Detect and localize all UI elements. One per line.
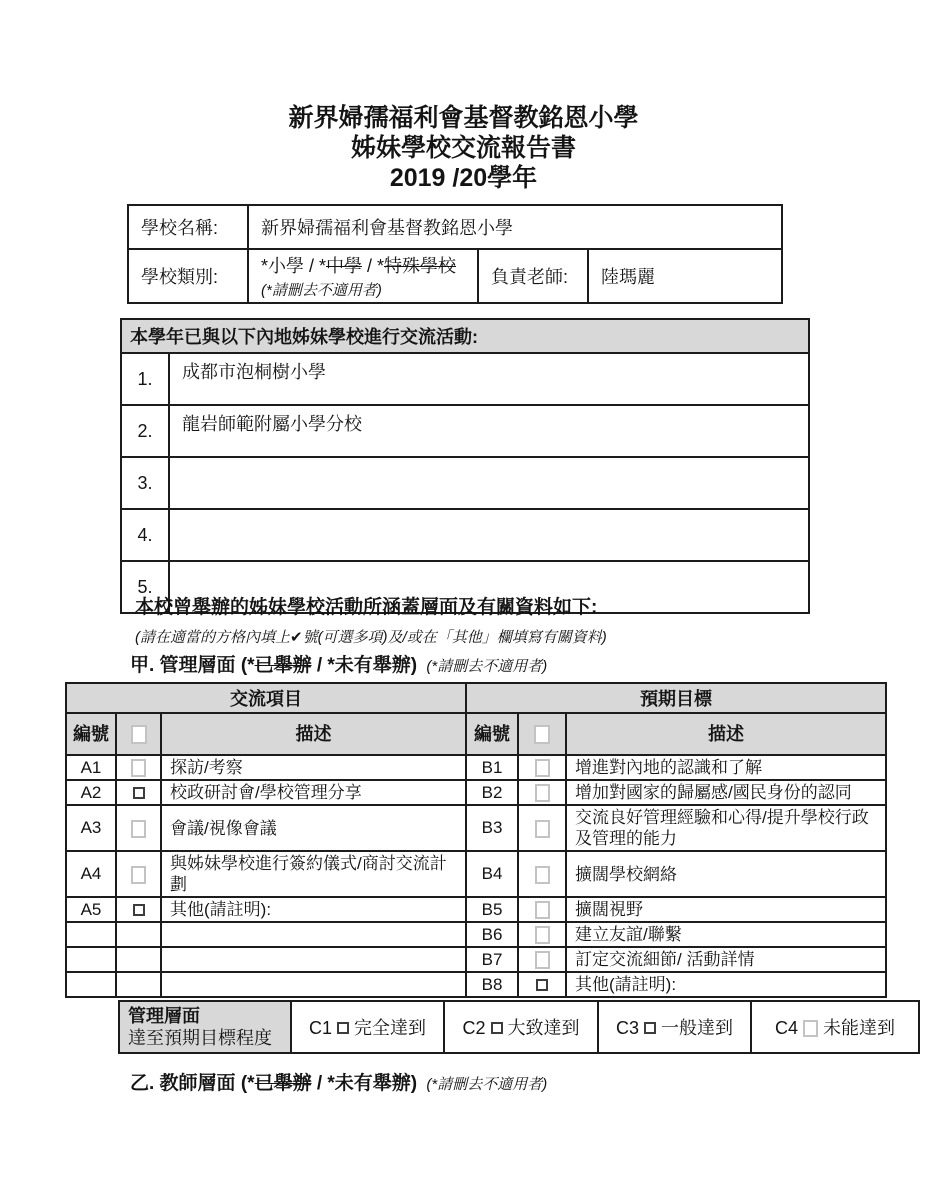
checkbox-b3-icon <box>535 820 550 838</box>
section-a-heading: 甲. 管理層面 (*已舉辦 / *未有舉辦) (*請刪去不適用者) <box>130 650 547 677</box>
document-title: 新界婦孺福利會基督教銘恩小學 姊妹學校交流報告書 2019 /20學年 <box>0 103 927 193</box>
struck-special-school: 特殊學校 <box>384 256 456 276</box>
section-b-note: (*請刪去不適用者) <box>426 1076 547 1093</box>
school-name-value: 新界婦孺福利會基督教銘恩小學 <box>248 205 782 249</box>
checkbox-b6-icon <box>535 926 550 944</box>
checkbox-a5-icon <box>133 904 145 916</box>
col-header-desc: 描述 <box>566 713 886 755</box>
intro-block: 本校曾舉辦的姊妹學校活動所涵蓋層面及有關資料如下: (請在適當的方格內填上✔號(… <box>135 592 607 647</box>
header-exchange-items: 交流項目 <box>66 683 466 713</box>
checkbox-c3-icon <box>644 1022 656 1034</box>
school-type-value: *小學 / *中學 / *特殊學校 (*請刪去不適用者) <box>248 249 478 303</box>
checkbox-c4-icon <box>803 1020 818 1037</box>
school-type-label: 學校類別: <box>128 249 248 303</box>
option-c1: C1完全達到 <box>291 1001 444 1053</box>
checkbox-a3-icon <box>131 820 146 838</box>
achievement-level-table: 管理層面 達至預期目標程度 C1完全達到 C2大致達到 C3一般達到 C4未能達… <box>118 1000 920 1054</box>
partner-school-name: 成都市泡桐樹小學 <box>169 353 809 405</box>
option-c3: C3一般達到 <box>598 1001 751 1053</box>
option-c2: C2大致達到 <box>444 1001 598 1053</box>
title-school-name: 新界婦孺福利會基督教銘恩小學 <box>0 103 927 133</box>
intro-statement: 本校曾舉辦的姊妹學校活動所涵蓋層面及有關資料如下: <box>135 592 607 619</box>
checkbox-a2-icon <box>133 787 145 799</box>
col-header-code: 編號 <box>466 713 518 755</box>
table-row: A2 校政研討會/學校管理分享 B2 增加對國家的歸屬感/國民身份的認同 <box>66 780 886 805</box>
struck-held-option: 已舉辦 <box>255 655 312 676</box>
intro-instruction: (請在適當的方格內填上✔號(可選多項)及/或在「其他」欄填寫有關資料) <box>135 626 607 647</box>
checkbox-a4-icon <box>131 866 146 884</box>
struck-held-option: 已舉辦 <box>255 1073 312 1094</box>
report-form-page: 新界婦孺福利會基督教銘恩小學 姊妹學校交流報告書 2019 /20學年 學校名稱… <box>0 0 927 1200</box>
teacher-value: 陸瑪麗 <box>588 249 782 303</box>
section-a-note: (*請刪去不適用者) <box>426 658 547 675</box>
partner-schools-table: 本學年已與以下內地姊妹學校進行交流活動: 1. 成都市泡桐樹小學 2. 龍岩師範… <box>120 318 810 614</box>
partner-school-name <box>169 509 809 561</box>
checkbox-b8-icon <box>536 979 548 991</box>
school-name-row: 學校名稱: 新界婦孺福利會基督教銘恩小學 <box>128 205 782 249</box>
col-header-desc: 描述 <box>161 713 466 755</box>
achievement-row: 管理層面 達至預期目標程度 C1完全達到 C2大致達到 C3一般達到 C4未能達… <box>119 1001 919 1053</box>
table-row: A1 探訪/考察 B1 增進對內地的認識和了解 <box>66 755 886 780</box>
partner-school-row: 4. <box>121 509 809 561</box>
section-b-heading: 乙. 教師層面 (*已舉辦 / *未有舉辦) (*請刪去不適用者) <box>130 1068 547 1095</box>
checkbox-b2-icon <box>535 784 550 802</box>
partner-school-name <box>169 457 809 509</box>
table-row: B7 訂定交流細節/ 活動詳情 <box>66 947 886 972</box>
table-row: A3 會議/視像會議 B3 交流良好管理經驗和心得/提升學校行政及管理的能力 <box>66 805 886 851</box>
checkbox-empty-icon <box>534 725 550 744</box>
table-row: A5 其他(請註明): B5 擴闊視野 <box>66 897 886 922</box>
struck-secondary-school: 中學 <box>326 256 362 276</box>
col-header-checkbox <box>518 713 566 755</box>
col-header-code: 編號 <box>66 713 116 755</box>
checkbox-b7-icon <box>535 951 550 969</box>
header-expected-goals: 預期目標 <box>466 683 886 713</box>
table-row: A4 與姊妹學校進行簽約儀式/商討交流計劃 B4 擴闊學校網絡 <box>66 851 886 897</box>
title-report-name: 姊妹學校交流報告書 <box>0 133 927 163</box>
achievement-label: 管理層面 達至預期目標程度 <box>119 1001 291 1053</box>
checkbox-c1-icon <box>337 1022 349 1034</box>
table-row: B6 建立友誼/聯繫 <box>66 922 886 947</box>
checkbox-a1-icon <box>131 759 146 777</box>
exchange-goals-table: 交流項目 預期目標 編號 描述 編號 描述 A1 探訪/考察 B1 增進對內地的… <box>65 682 887 998</box>
school-type-options: *小學 / *中學 / *特殊學校 <box>261 256 456 276</box>
school-info-table: 學校名稱: 新界婦孺福利會基督教銘恩小學 學校類別: *小學 / *中學 / *… <box>127 204 783 304</box>
exchange-table-column-header: 編號 描述 編號 描述 <box>66 713 886 755</box>
table-row: B8 其他(請註明): <box>66 972 886 997</box>
school-name-label: 學校名稱: <box>128 205 248 249</box>
teacher-label: 負責老師: <box>478 249 588 303</box>
partner-school-row: 3. <box>121 457 809 509</box>
checkbox-b1-icon <box>535 759 550 777</box>
checkbox-empty-icon <box>131 725 147 744</box>
col-header-checkbox <box>116 713 161 755</box>
partner-school-name: 龍岩師範附屬小學分校 <box>169 405 809 457</box>
checkbox-b4-icon <box>535 866 550 884</box>
title-school-year: 2019 /20學年 <box>0 163 927 193</box>
partner-school-row: 1. 成都市泡桐樹小學 <box>121 353 809 405</box>
checkbox-c2-icon <box>491 1022 503 1034</box>
delete-inapplicable-note: (*請刪去不適用者) <box>261 279 473 300</box>
partner-schools-header: 本學年已與以下內地姊妹學校進行交流活動: <box>121 319 809 353</box>
partner-schools-header-row: 本學年已與以下內地姊妹學校進行交流活動: <box>121 319 809 353</box>
option-c4: C4未能達到 <box>751 1001 919 1053</box>
partner-school-row: 2. 龍岩師範附屬小學分校 <box>121 405 809 457</box>
checkbox-b5-icon <box>535 901 550 919</box>
exchange-table-group-header: 交流項目 預期目標 <box>66 683 886 713</box>
school-type-row: 學校類別: *小學 / *中學 / *特殊學校 (*請刪去不適用者) 負責老師:… <box>128 249 782 303</box>
